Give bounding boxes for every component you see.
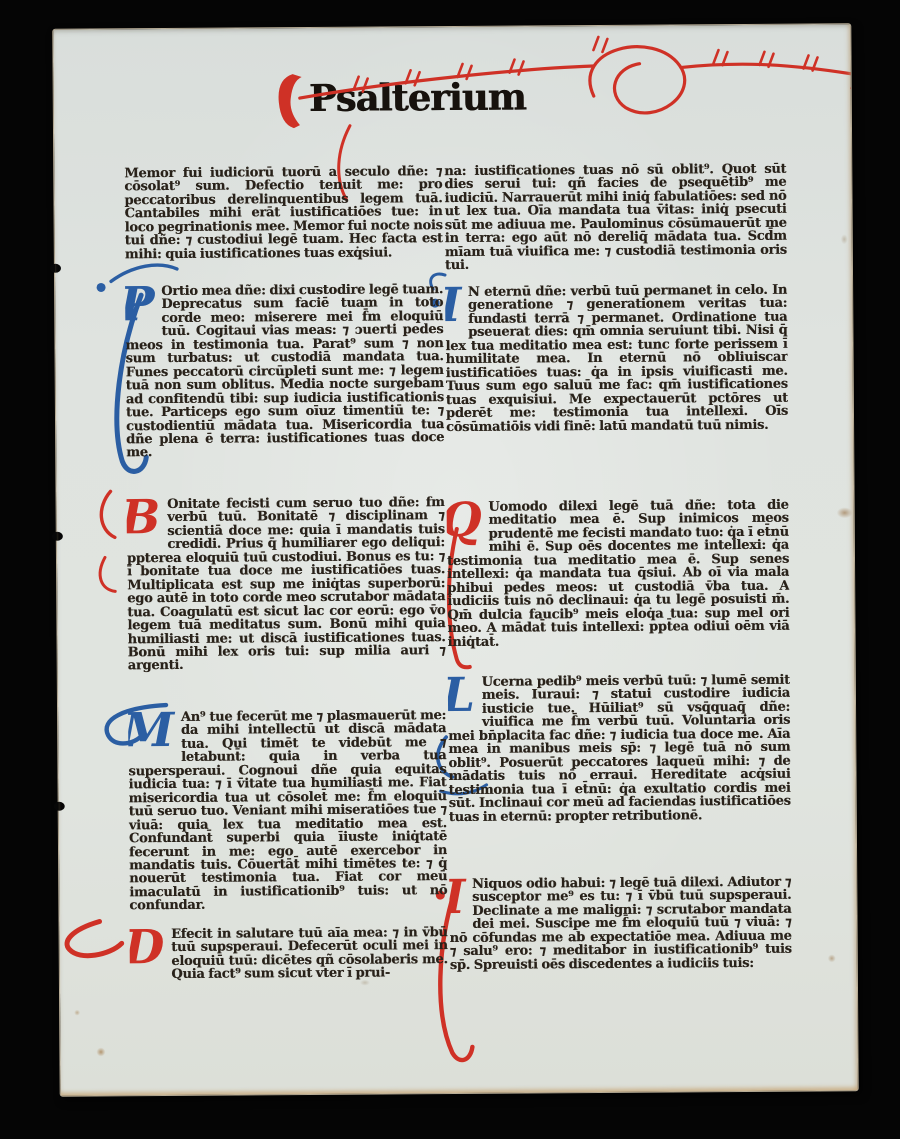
foxing-stain xyxy=(74,1010,80,1016)
psalm-paragraph: QUomodo dilexi legē tuā dñe: tota die me… xyxy=(447,499,790,676)
paragraph-text: na: iustificationes tuas nō sū oblit⁹. Q… xyxy=(444,163,787,274)
paragraph-text: Uomodo dilexi legē tuā dñe: tota die med… xyxy=(447,499,790,650)
psalter-leaf-page: Psalterium xyxy=(53,24,857,1096)
foxing-stain xyxy=(96,1047,105,1056)
paragraph-text: Ucerna pedib⁹ meis verbū tuū: ⁊ lumē sem… xyxy=(448,674,791,825)
psalm-paragraph: DEfecit in salutare tuū aīa mea: ⁊ in v̄… xyxy=(130,926,449,1004)
initial-b-swash-icon xyxy=(100,557,115,591)
photo-background: { "title": "Psalterium", "colors": { "ba… xyxy=(0,0,900,1139)
psalm-paragraph: INiquos odio habui: ⁊ legē tuā dilexi. A… xyxy=(449,876,792,990)
paragraph-text: Niquos odio habui: ⁊ legē tuā dilexi. Ad… xyxy=(450,876,792,973)
psalm-paragraph: na: iustificationes tuas nō sū oblit⁹. Q… xyxy=(444,163,787,286)
psalm-paragraph: BOnitate fecisti cum seruo tuo dñe: f̄m … xyxy=(127,496,446,711)
psalm-paragraph: Memor fui iudiciorū tuorū a seculo dñe: … xyxy=(124,165,443,285)
paragraph-text: Efecit in salutare tuū aīa mea: ⁊ in v̄b… xyxy=(171,926,448,982)
foxing-stain xyxy=(841,234,848,244)
header-rule-end-hook-icon xyxy=(852,74,857,88)
sewing-notch xyxy=(54,802,65,811)
illuminated-initial: B xyxy=(127,499,161,539)
psalm-paragraph: LUcerna pedib⁹ meis verbū tuū: ⁊ lumē se… xyxy=(448,674,791,878)
header-rule-flourish-icon xyxy=(682,63,854,75)
paragraph-text: Ortio mea dñe: dixi custodire legē tuam.… xyxy=(125,283,444,461)
illuminated-initial: I xyxy=(449,879,465,919)
psalm-paragraph: POrtio mea dñe: dixi custodire legē tuam… xyxy=(125,283,444,498)
foxing-stain xyxy=(828,954,836,962)
illuminated-initial: I xyxy=(445,287,461,327)
psalm-paragraph: IN eternū dñe: verbū tuū permanet in cel… xyxy=(445,284,788,501)
sewing-notch xyxy=(52,532,63,541)
illuminated-initial: M xyxy=(128,712,174,752)
paraph-mark-icon xyxy=(278,74,302,128)
paragraph-text: An⁹ tue fecerūt me ⁊ plasmauerūt me: da … xyxy=(128,709,447,914)
initial-p-dot-icon xyxy=(97,283,106,292)
illuminated-initial: P xyxy=(125,286,154,326)
initial-b-swash-icon xyxy=(101,491,115,537)
foxing-stain xyxy=(837,507,853,518)
psalm-paragraph: MAn⁹ tue fecerūt me ⁊ plasmauerūt me: da… xyxy=(128,709,448,928)
sewing-notch xyxy=(50,264,61,273)
paragraph-text: N eternū dñe: verbū tuū permanet in celo… xyxy=(445,284,788,435)
illuminated-initial: D xyxy=(130,929,165,969)
paragraph-text: Memor fui iudiciorū tuorū a seculo dñe: … xyxy=(124,165,443,262)
illuminated-initial: L xyxy=(448,677,475,717)
illuminated-initial: Q xyxy=(447,502,482,542)
running-title: Psalterium xyxy=(309,74,609,120)
paragraph-text: Onitate fecisti cum seruo tuo dñe: f̄m v… xyxy=(127,496,446,674)
initial-d-spur-icon xyxy=(67,921,122,955)
